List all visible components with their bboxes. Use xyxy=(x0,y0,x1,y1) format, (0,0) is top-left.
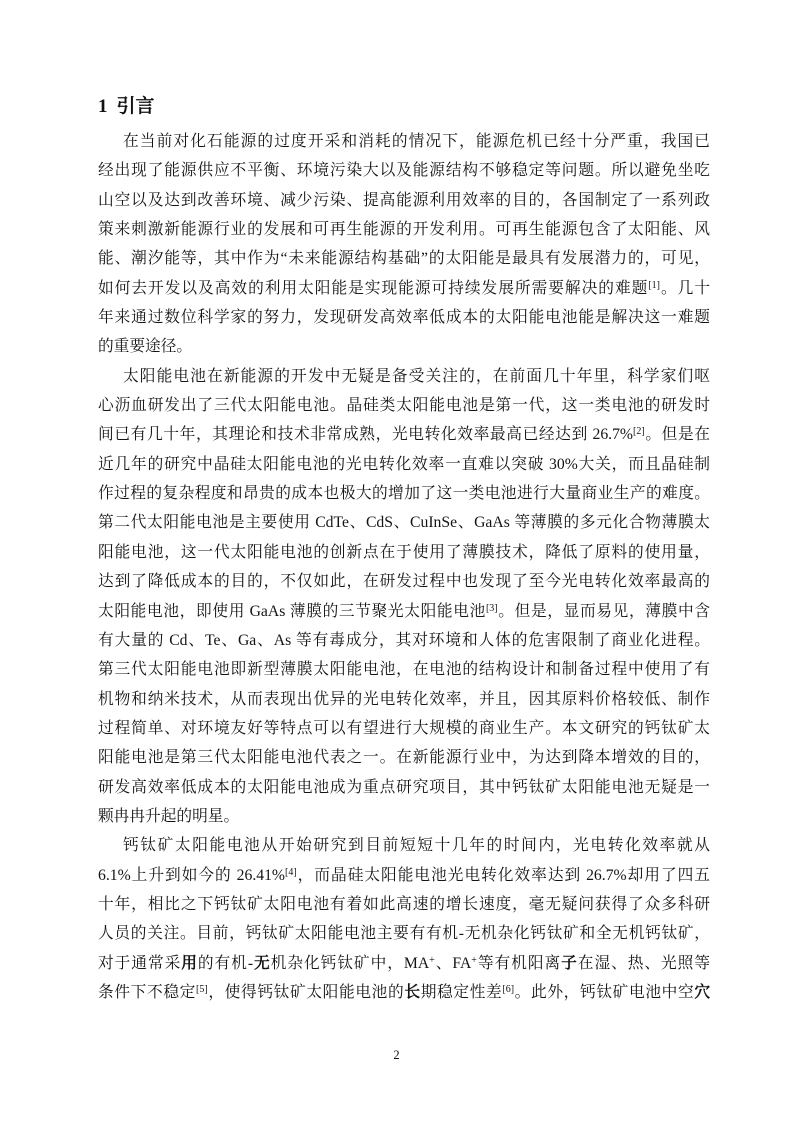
text-segment: 。但是，显而易见，薄膜中含 xyxy=(498,603,710,620)
text-line: 经出现了能源供应不平衡、环境污染大以及能源结构不够稳定等问题。所以避免坐吃 xyxy=(98,156,710,185)
text-line: 第三代太阳能电池即新型薄膜太阳能电池，在电池的结构设计和制备过程中使用了有 xyxy=(98,655,710,684)
text-segment: 、FA xyxy=(435,955,472,972)
text-segment: 经出现了能源供应不平衡、环境污染大以及能源结构不够稳定等问题。所以避免坐吃 xyxy=(98,162,710,179)
citation-ref: [3] xyxy=(486,603,498,614)
text-line: 心沥血研发出了三代太阳能电池。晶硅类太阳能电池是第一代，这一类电池的研发时 xyxy=(98,391,710,420)
text-segment: 过程简单、对环境友好等特点可以有望进行大规模的商业生产。本文研究的钙钛矿太 xyxy=(98,720,710,737)
text-line: 十年，相比之下钙钛矿太阳电池有着如此高速的增长速度，毫无疑问获得了众多科研 xyxy=(98,890,710,919)
text-segment: 条件下不稳定 xyxy=(98,984,196,1001)
text-line: 的重要途径。 xyxy=(98,332,710,361)
text-line: 人员的关注。目前，钙钛矿太阳能电池主要有有机-无机杂化钙钛矿和全无机钙钛矿， xyxy=(98,919,710,948)
text-line: 过程简单、对环境友好等特点可以有望进行大规模的商业生产。本文研究的钙钛矿太 xyxy=(98,714,710,743)
text-line: 策来刺激新能源行业的发展和可再生能源的开发利用。可再生能源包含了太阳能、风 xyxy=(98,215,710,244)
text-segment: 心沥血研发出了三代太阳能电池。晶硅类太阳能电池是第一代，这一类电池的研发时 xyxy=(98,397,710,414)
text-segment: 机物和纳米技术，从而表现出优异的光电转化效率，并且，因其原料价格较低、制作 xyxy=(98,691,710,708)
text-segment: 在湿、热、光照等 xyxy=(578,955,710,972)
text-line: 年来通过数位科学家的努力，发现研发高效率低成本的太阳能电池能是解决这一难题 xyxy=(98,303,710,332)
citation-ref: [4] xyxy=(285,867,297,878)
page-number: 2 xyxy=(0,1046,793,1064)
text-segment: 钙钛矿太阳能电池从开始研究到目前短短十几年的时间内，光电转化效率就从 xyxy=(123,837,710,854)
text-line: 有大量的 Cd、Te、Ga、As 等有毒成分，其对环境和人体的危害限制了商业化进… xyxy=(98,626,710,655)
text-segment: 有大量的 Cd、Te、Ga、As 等有毒成分，其对环境和人体的危害限制了商业化进… xyxy=(98,632,710,649)
text-line: 钙钛矿太阳能电池从开始研究到目前短短十几年的时间内，光电转化效率就从 xyxy=(98,831,710,860)
text-segment: ，使得钙钛矿太阳能电池的 xyxy=(208,984,405,1001)
text-segment: 作过程的复杂程度和昂贵的成本也极大的增加了这一类电池进行大量商业生产的难度。 xyxy=(98,485,710,502)
text-segment: 阳能电池是第三代太阳能电池代表之一。在新能源行业中，为达到降本增效的目的， xyxy=(98,749,710,766)
text-segment: 阳能电池，这一代太阳能电池的创新点在于使用了薄膜技术，降低了原料的使用量， xyxy=(98,544,710,561)
paragraphs-container: 在当前对化石能源的过度开采和消耗的情况下，能源危机已经十分严重，我国已经出现了能… xyxy=(98,127,710,1007)
text-segment: 。几十 xyxy=(660,280,710,297)
text-segment: 如何去开发以及高效的利用太阳能是实现能源可持续发展所需要解决的难题 xyxy=(98,280,648,297)
text-segment: 人员的关注。目前，钙钛矿太阳能电池主要有有机-无机杂化钙钛矿和全无机钙钛矿， xyxy=(98,925,710,942)
paragraph: 钙钛矿太阳能电池从开始研究到目前短短十几年的时间内，光电转化效率就从6.1%上升… xyxy=(98,831,710,1007)
citation-ref: [1] xyxy=(648,280,660,291)
citation-ref: [2] xyxy=(633,426,645,437)
text-line: 间已有几十年，其理论和技术非常成熟，光电转化效率最高已经达到 26.7%[2]。… xyxy=(98,420,710,449)
text-line: 山空以及达到改善环境、减少污染、提高能源利用效率的目的，各国制定了一系列政 xyxy=(98,186,710,215)
text-segment: 达到了降低成本的目的，不仅如此，在研发过程中也发现了至今光电转化效率最高的 xyxy=(98,573,710,590)
text-line: 阳能电池是第三代太阳能电池代表之一。在新能源行业中，为达到降本增效的目的， xyxy=(98,743,710,772)
section-heading: 1引言 xyxy=(98,94,710,127)
text-content: 1引言 在当前对化石能源的过度开采和消耗的情况下，能源危机已经十分严重，我国已经… xyxy=(98,94,710,1007)
text-line: 达到了降低成本的目的，不仅如此，在研发过程中也发现了至今光电转化效率最高的 xyxy=(98,567,710,596)
text-line: 对于通常采用的有机-无机杂化钙钛矿中，MA+、FA+等有机阳离子在湿、热、光照等 xyxy=(98,949,710,978)
paragraph: 太阳能电池在新能源的开发中无疑是备受关注的，在前面几十年里，科学家们呕心沥血研发… xyxy=(98,362,710,832)
text-segment: 期稳定性差 xyxy=(421,984,503,1001)
text-segment: 太阳能电池，即使用 GaAs 薄膜的三节聚光太阳能电池 xyxy=(98,603,486,620)
text-line: 机物和纳米技术，从而表现出优异的光电转化效率，并且，因其原料价格较低、制作 xyxy=(98,685,710,714)
text-segment: 年来通过数位科学家的努力，发现研发高效率低成本的太阳能电池能是解决这一难题 xyxy=(98,309,710,326)
text-line: 如何去开发以及高效的利用太阳能是实现能源可持续发展所需要解决的难题[1]。几十 xyxy=(98,274,710,303)
text-line: 颗冉冉升起的明星。 xyxy=(98,802,710,831)
text-segment: 能、潮汐能等，其中作为“未来能源结构基础”的太阳能是最具有发展潜力的，可见， xyxy=(98,250,710,267)
text-segment: 太阳能电池在新能源的开发中无疑是备受关注的，在前面几十年里，科学家们呕 xyxy=(123,368,710,385)
citation-ref: [6] xyxy=(502,984,514,995)
text-segment: 第三代太阳能电池即新型薄膜太阳能电池，在电池的结构设计和制备过程中使用了有 xyxy=(98,661,710,678)
text-line: 能、潮汐能等，其中作为“未来能源结构基础”的太阳能是最具有发展潜力的，可见， xyxy=(98,244,710,273)
text-line: 6.1%上升到如今的 26.41%[4]，而晶硅太阳能电池光电转化效率达到 26… xyxy=(98,861,710,890)
emphasized-char: 子 xyxy=(561,955,578,972)
text-line: 太阳能电池在新能源的开发中无疑是备受关注的，在前面几十年里，科学家们呕 xyxy=(98,362,710,391)
heading-title: 引言 xyxy=(117,96,155,117)
text-line: 作过程的复杂程度和昂贵的成本也极大的增加了这一类电池进行大量商业生产的难度。 xyxy=(98,479,710,508)
text-segment: 十年，相比之下钙钛矿太阳电池有着如此高速的增长速度，毫无疑问获得了众多科研 xyxy=(98,896,710,913)
text-segment: 研发高效率低成本的太阳能电池成为重点研究项目，其中钙钛矿太阳能电池无疑是一 xyxy=(98,779,710,796)
text-segment: 策来刺激新能源行业的发展和可再生能源的开发利用。可再生能源包含了太阳能、风 xyxy=(98,221,710,238)
text-segment: 间已有几十年，其理论和技术非常成熟，光电转化效率最高已经达到 26.7% xyxy=(98,426,633,443)
heading-number: 1 xyxy=(98,96,108,117)
text-segment: 机杂化钙钛矿中，MA xyxy=(271,955,429,972)
emphasized-char: 无 xyxy=(253,955,271,972)
text-segment: 6.1%上升到如今的 26.41% xyxy=(98,867,285,884)
text-segment: 对于通常采 xyxy=(98,955,181,972)
text-segment: 颗冉冉升起的明星。 xyxy=(98,808,239,825)
emphasized-char: 用 xyxy=(181,955,198,972)
text-segment: 的重要途径。 xyxy=(98,338,192,355)
paragraph: 在当前对化石能源的过度开采和消耗的情况下，能源危机已经十分严重，我国已经出现了能… xyxy=(98,127,710,362)
text-segment: 等有机阳离 xyxy=(477,955,561,972)
text-line: 条件下不稳定[5]，使得钙钛矿太阳能电池的长期稳定性差[6]。此外，钙钛矿电池中… xyxy=(98,978,710,1007)
text-segment: 。但是在 xyxy=(645,426,710,443)
text-segment: 在当前对化石能源的过度开采和消耗的情况下，能源危机已经十分严重，我国已 xyxy=(123,133,710,150)
text-segment: ，而晶硅太阳能电池光电转化效率达到 26.7%却用了四五 xyxy=(297,867,710,884)
text-segment: 山空以及达到改善环境、减少污染、提高能源利用效率的目的，各国制定了一系列政 xyxy=(98,192,710,209)
text-line: 在当前对化石能源的过度开采和消耗的情况下，能源危机已经十分严重，我国已 xyxy=(98,127,710,156)
text-line: 研发高效率低成本的太阳能电池成为重点研究项目，其中钙钛矿太阳能电池无疑是一 xyxy=(98,773,710,802)
emphasized-char: 穴 xyxy=(694,984,710,1001)
text-line: 太阳能电池，即使用 GaAs 薄膜的三节聚光太阳能电池[3]。但是，显而易见，薄… xyxy=(98,597,710,626)
text-segment: 第二代太阳能电池是主要使用 CdTe、CdS、CuInSe、GaAs 等薄膜的多… xyxy=(98,514,710,531)
document-page: 1引言 在当前对化石能源的过度开采和消耗的情况下，能源危机已经十分严重，我国已经… xyxy=(0,0,793,1122)
emphasized-char: 长 xyxy=(404,984,420,1001)
text-line: 阳能电池，这一代太阳能电池的创新点在于使用了薄膜技术，降低了原料的使用量， xyxy=(98,538,710,567)
text-segment: 。此外，钙钛矿电池中空 xyxy=(514,984,694,1001)
text-segment: 近几年的研究中晶硅太阳能电池的光电转化效率一直难以突破 30%大关，而且晶硅制 xyxy=(98,456,710,473)
citation-ref: [5] xyxy=(196,984,208,995)
text-line: 近几年的研究中晶硅太阳能电池的光电转化效率一直难以突破 30%大关，而且晶硅制 xyxy=(98,450,710,479)
text-segment: 的有机- xyxy=(198,955,253,972)
text-line: 第二代太阳能电池是主要使用 CdTe、CdS、CuInSe、GaAs 等薄膜的多… xyxy=(98,508,710,537)
